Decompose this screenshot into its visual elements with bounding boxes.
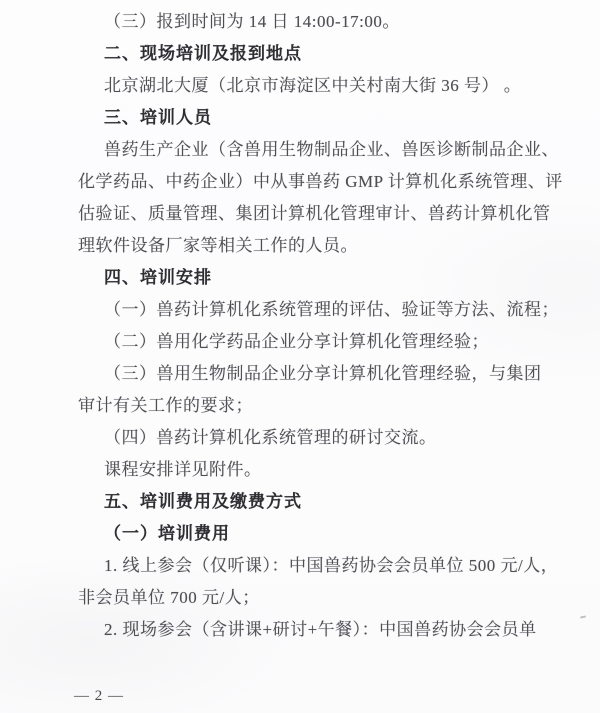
text-line-schedule-item-1: （一）兽药计算机化系统管理的评估、验证等方法、流程； xyxy=(78,294,570,326)
text-line-schedule-item-3b: 审计有关工作的要求； xyxy=(78,390,570,422)
text-line-checkin-time: （三）报到时间为 14 日 14:00-17:00。 xyxy=(78,6,570,38)
text-line-trainees-4: 理软件设备厂家等相关工作的人员。 xyxy=(78,230,570,262)
section-heading-fees: 五、培训费用及缴费方式 xyxy=(78,486,570,518)
text-line-fee-online-1: 1. 线上参会（仅听课）：中国兽药协会会员单位 500 元/人， xyxy=(78,550,570,582)
text-line-venue-address: 北京湖北大厦（北京市海淀区中关村南大街 36 号） 。 xyxy=(78,70,570,102)
text-line-schedule-item-4: （四）兽药计算机化系统管理的研讨交流。 xyxy=(78,422,570,454)
subsection-heading-fee: （一）培训费用 xyxy=(78,518,570,550)
text-line-trainees-2: 化学药品、中药企业）中从事兽药 GMP 计算机化系统管理、评 xyxy=(78,166,570,198)
text-line-trainees-1: 兽药生产企业（含兽用生物制品企业、兽医诊断制品企业、 xyxy=(78,134,570,166)
text-line-schedule-item-2: （二）兽用化学药品企业分享计算机化管理经验； xyxy=(78,326,570,358)
document-page: （三）报到时间为 14 日 14:00-17:00。 二、现场培训及报到地点 北… xyxy=(0,0,600,713)
text-line-fee-onsite: 2. 现场参会（含讲课+研讨+午餐）：中国兽药协会会员单 xyxy=(78,614,570,646)
text-line-trainees-3: 估验证、质量管理、集团计算机化管理审计、兽药计算机化管 xyxy=(78,198,570,230)
page-number: — 2 — xyxy=(74,688,124,705)
section-heading-trainees: 三、培训人员 xyxy=(78,102,570,134)
text-line-attachment-note: 课程安排详见附件。 xyxy=(78,454,570,486)
section-heading-schedule: 四、培训安排 xyxy=(78,262,570,294)
section-heading-venue: 二、现场培训及报到地点 xyxy=(78,38,570,70)
text-line-fee-online-2: 非会员单位 700 元/人； xyxy=(78,582,570,614)
text-line-schedule-item-3: （三）兽用生物制品企业分享计算机化管理经验，与集团 xyxy=(78,358,570,390)
